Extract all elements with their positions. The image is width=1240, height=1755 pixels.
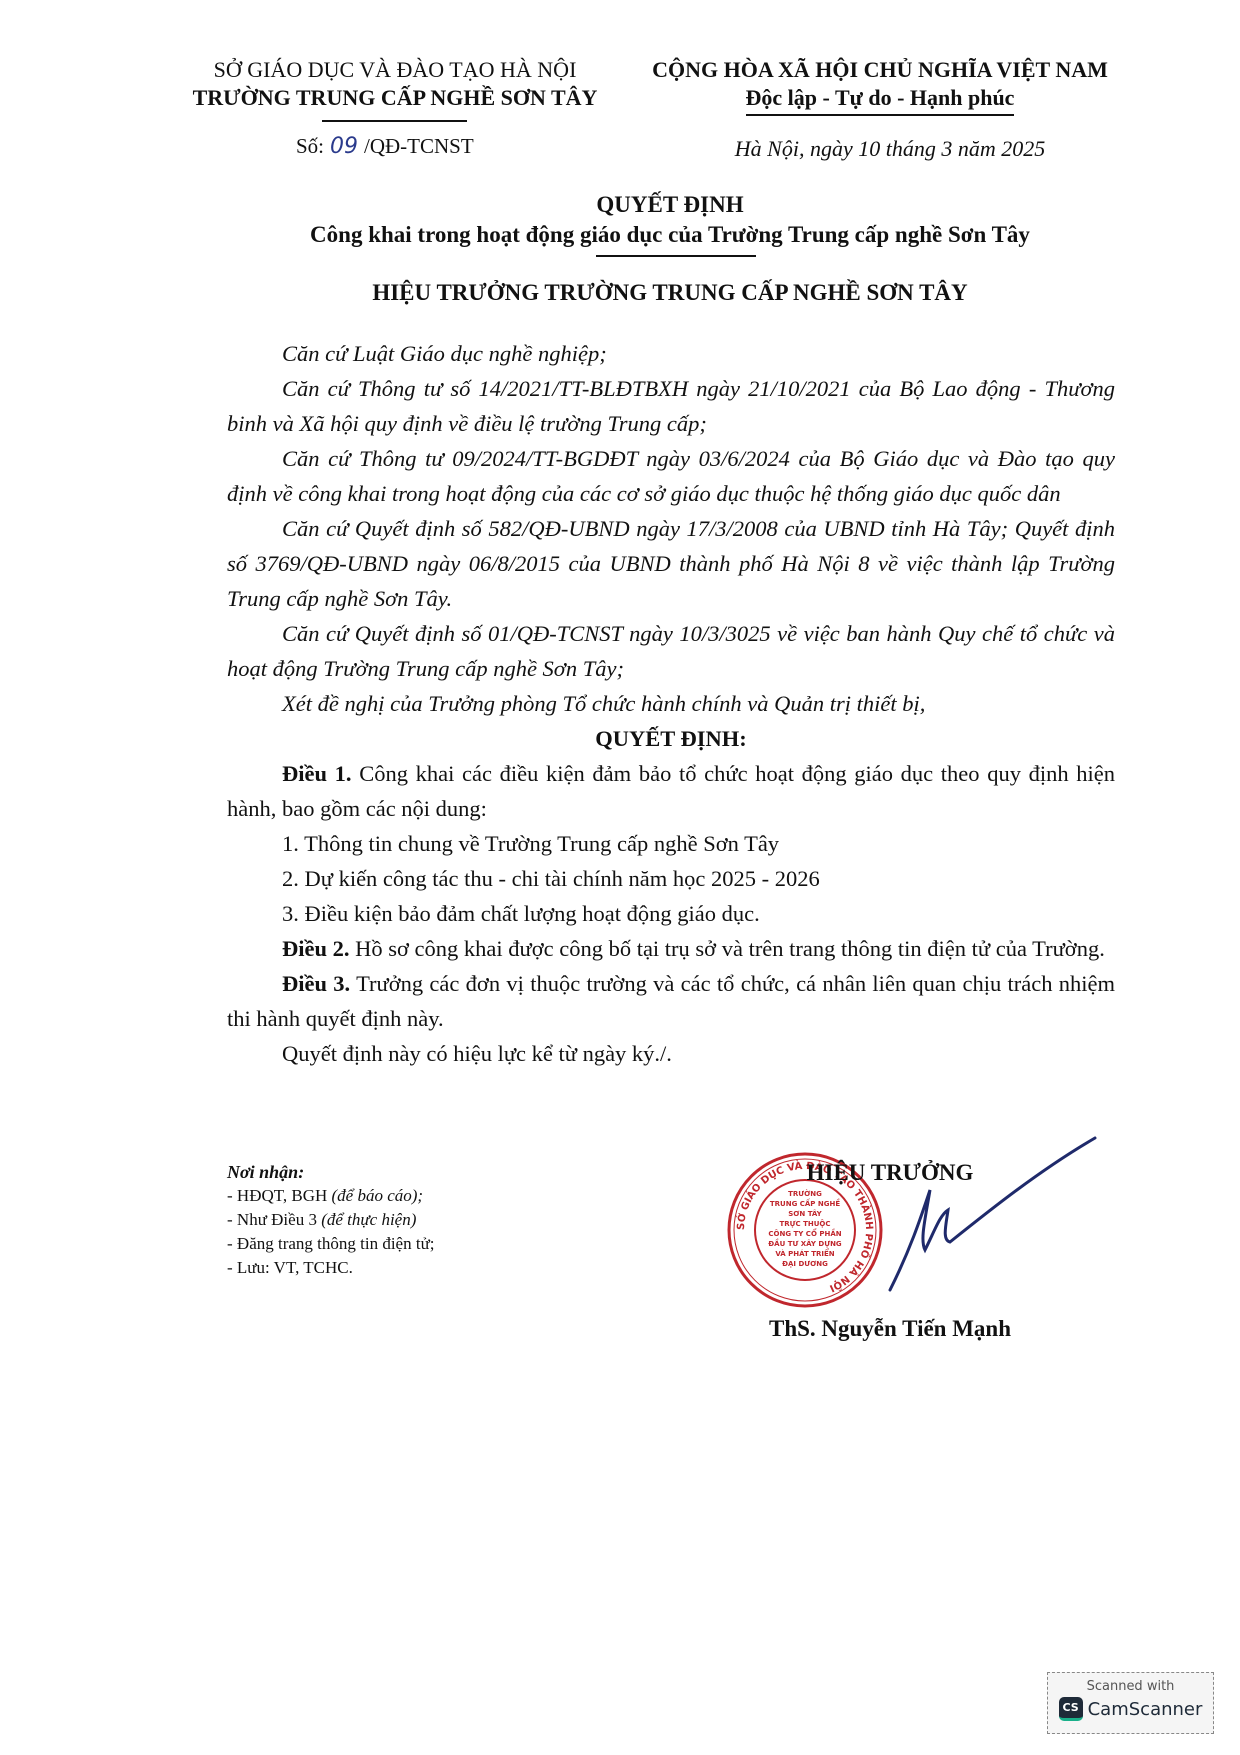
svg-text:ĐẦU TƯ XÂY DỰNG: ĐẦU TƯ XÂY DỰNG [768, 1238, 842, 1248]
document-title: QUYẾT ĐỊNH Công khai trong hoạt động giá… [220, 190, 1120, 250]
legal-basis: Căn cứ Thông tư 09/2024/TT-BGDĐT ngày 03… [227, 441, 1115, 511]
signer-name: ThS. Nguyễn Tiến Mạnh [740, 1316, 1040, 1342]
legal-basis: Căn cứ Luật Giáo dục nghề nghiệp; [227, 336, 1115, 371]
handwritten-signature-icon [880, 1130, 1100, 1300]
document-number: Số:09/QĐ-TCNST [296, 134, 474, 159]
issuing-authority: HIỆU TRƯỞNG TRƯỜNG TRUNG CẤP NGHỀ SƠN TÂ… [220, 280, 1120, 306]
camscanner-logo-icon: CS [1059, 1697, 1083, 1721]
agency-underline [322, 120, 467, 122]
recipient-item: - Lưu: VT, TCHC. [227, 1256, 587, 1280]
svg-text:TRỰC THUỘC: TRỰC THUỘC [780, 1219, 831, 1228]
article-1: Điều 1. Công khai các điều kiện đảm bảo … [227, 756, 1115, 826]
title-subtitle: Công khai trong hoạt động giáo dục của T… [220, 220, 1120, 250]
legal-basis: Xét đề nghị của Trưởng phòng Tổ chức hàn… [227, 686, 1115, 721]
watermark-brand: CamScanner [1088, 1699, 1203, 1720]
legal-basis: Căn cứ Quyết định số 01/QĐ-TCNST ngày 10… [227, 616, 1115, 686]
title-underline [596, 255, 756, 257]
legal-basis: Căn cứ Quyết định số 582/QĐ-UBND ngày 17… [227, 511, 1115, 616]
camscanner-watermark: Scanned with CS CamScanner [1047, 1672, 1214, 1734]
national-motto: CỘNG HÒA XÃ HỘI CHỦ NGHĨA VIỆT NAM Độc l… [630, 56, 1130, 116]
title-main: QUYẾT ĐỊNH [220, 190, 1120, 220]
recipients-heading: Nơi nhận: [227, 1160, 587, 1184]
issuing-agency: SỞ GIÁO DỤC VÀ ĐÀO TẠO HÀ NỘI TRƯỜNG TRU… [170, 56, 620, 112]
svg-text:ĐẠI DƯƠNG: ĐẠI DƯƠNG [782, 1260, 828, 1268]
handwritten-number: 09 [330, 134, 358, 159]
svg-text:SƠN TÂY: SƠN TÂY [788, 1209, 822, 1218]
agency-name: TRƯỜNG TRUNG CẤP NGHỀ SƠN TÂY [170, 84, 620, 112]
svg-text:VÀ PHÁT TRIỂN: VÀ PHÁT TRIỂN [775, 1248, 834, 1258]
country-name: CỘNG HÒA XÃ HỘI CHỦ NGHĨA VIỆT NAM [630, 56, 1130, 84]
recipient-item: - Đăng trang thông tin điện tử; [227, 1232, 587, 1256]
effective-clause: Quyết định này có hiệu lực kể từ ngày ký… [227, 1036, 1115, 1071]
svg-text:TRUNG CẤP NGHỀ: TRUNG CẤP NGHỀ [770, 1198, 840, 1208]
legal-basis: Căn cứ Thông tư số 14/2021/TT-BLĐTBXH ng… [227, 371, 1115, 441]
agency-parent: SỞ GIÁO DỤC VÀ ĐÀO TẠO HÀ NỘI [170, 56, 620, 84]
article-1-item: 2. Dự kiến công tác thu - chi tài chính … [227, 861, 1115, 896]
decision-heading: QUYẾT ĐỊNH: [227, 721, 1115, 756]
document-date: Hà Nội, ngày 10 tháng 3 năm 2025 [700, 136, 1080, 162]
article-2: Điều 2. Hồ sơ công khai được công bố tại… [227, 931, 1115, 966]
document-body: Căn cứ Luật Giáo dục nghề nghiệp; Căn cứ… [227, 336, 1115, 1071]
svg-text:TRƯỜNG: TRƯỜNG [788, 1189, 822, 1198]
recipient-item: - Như Điều 3 (để thực hiện) [227, 1208, 587, 1232]
recipient-item: - HĐQT, BGH (để báo cáo); [227, 1184, 587, 1208]
article-3: Điều 3. Trưởng các đơn vị thuộc trường v… [227, 966, 1115, 1036]
watermark-caption: Scanned with [1048, 1679, 1213, 1694]
svg-text:CÔNG TY CỔ PHẦN: CÔNG TY CỔ PHẦN [768, 1228, 841, 1238]
article-1-item: 3. Điều kiện bảo đảm chất lượng hoạt độn… [227, 896, 1115, 931]
motto: Độc lập - Tự do - Hạnh phúc [746, 84, 1015, 116]
article-1-item: 1. Thông tin chung về Trường Trung cấp n… [227, 826, 1115, 861]
recipients: Nơi nhận: - HĐQT, BGH (để báo cáo); - Nh… [227, 1160, 587, 1280]
